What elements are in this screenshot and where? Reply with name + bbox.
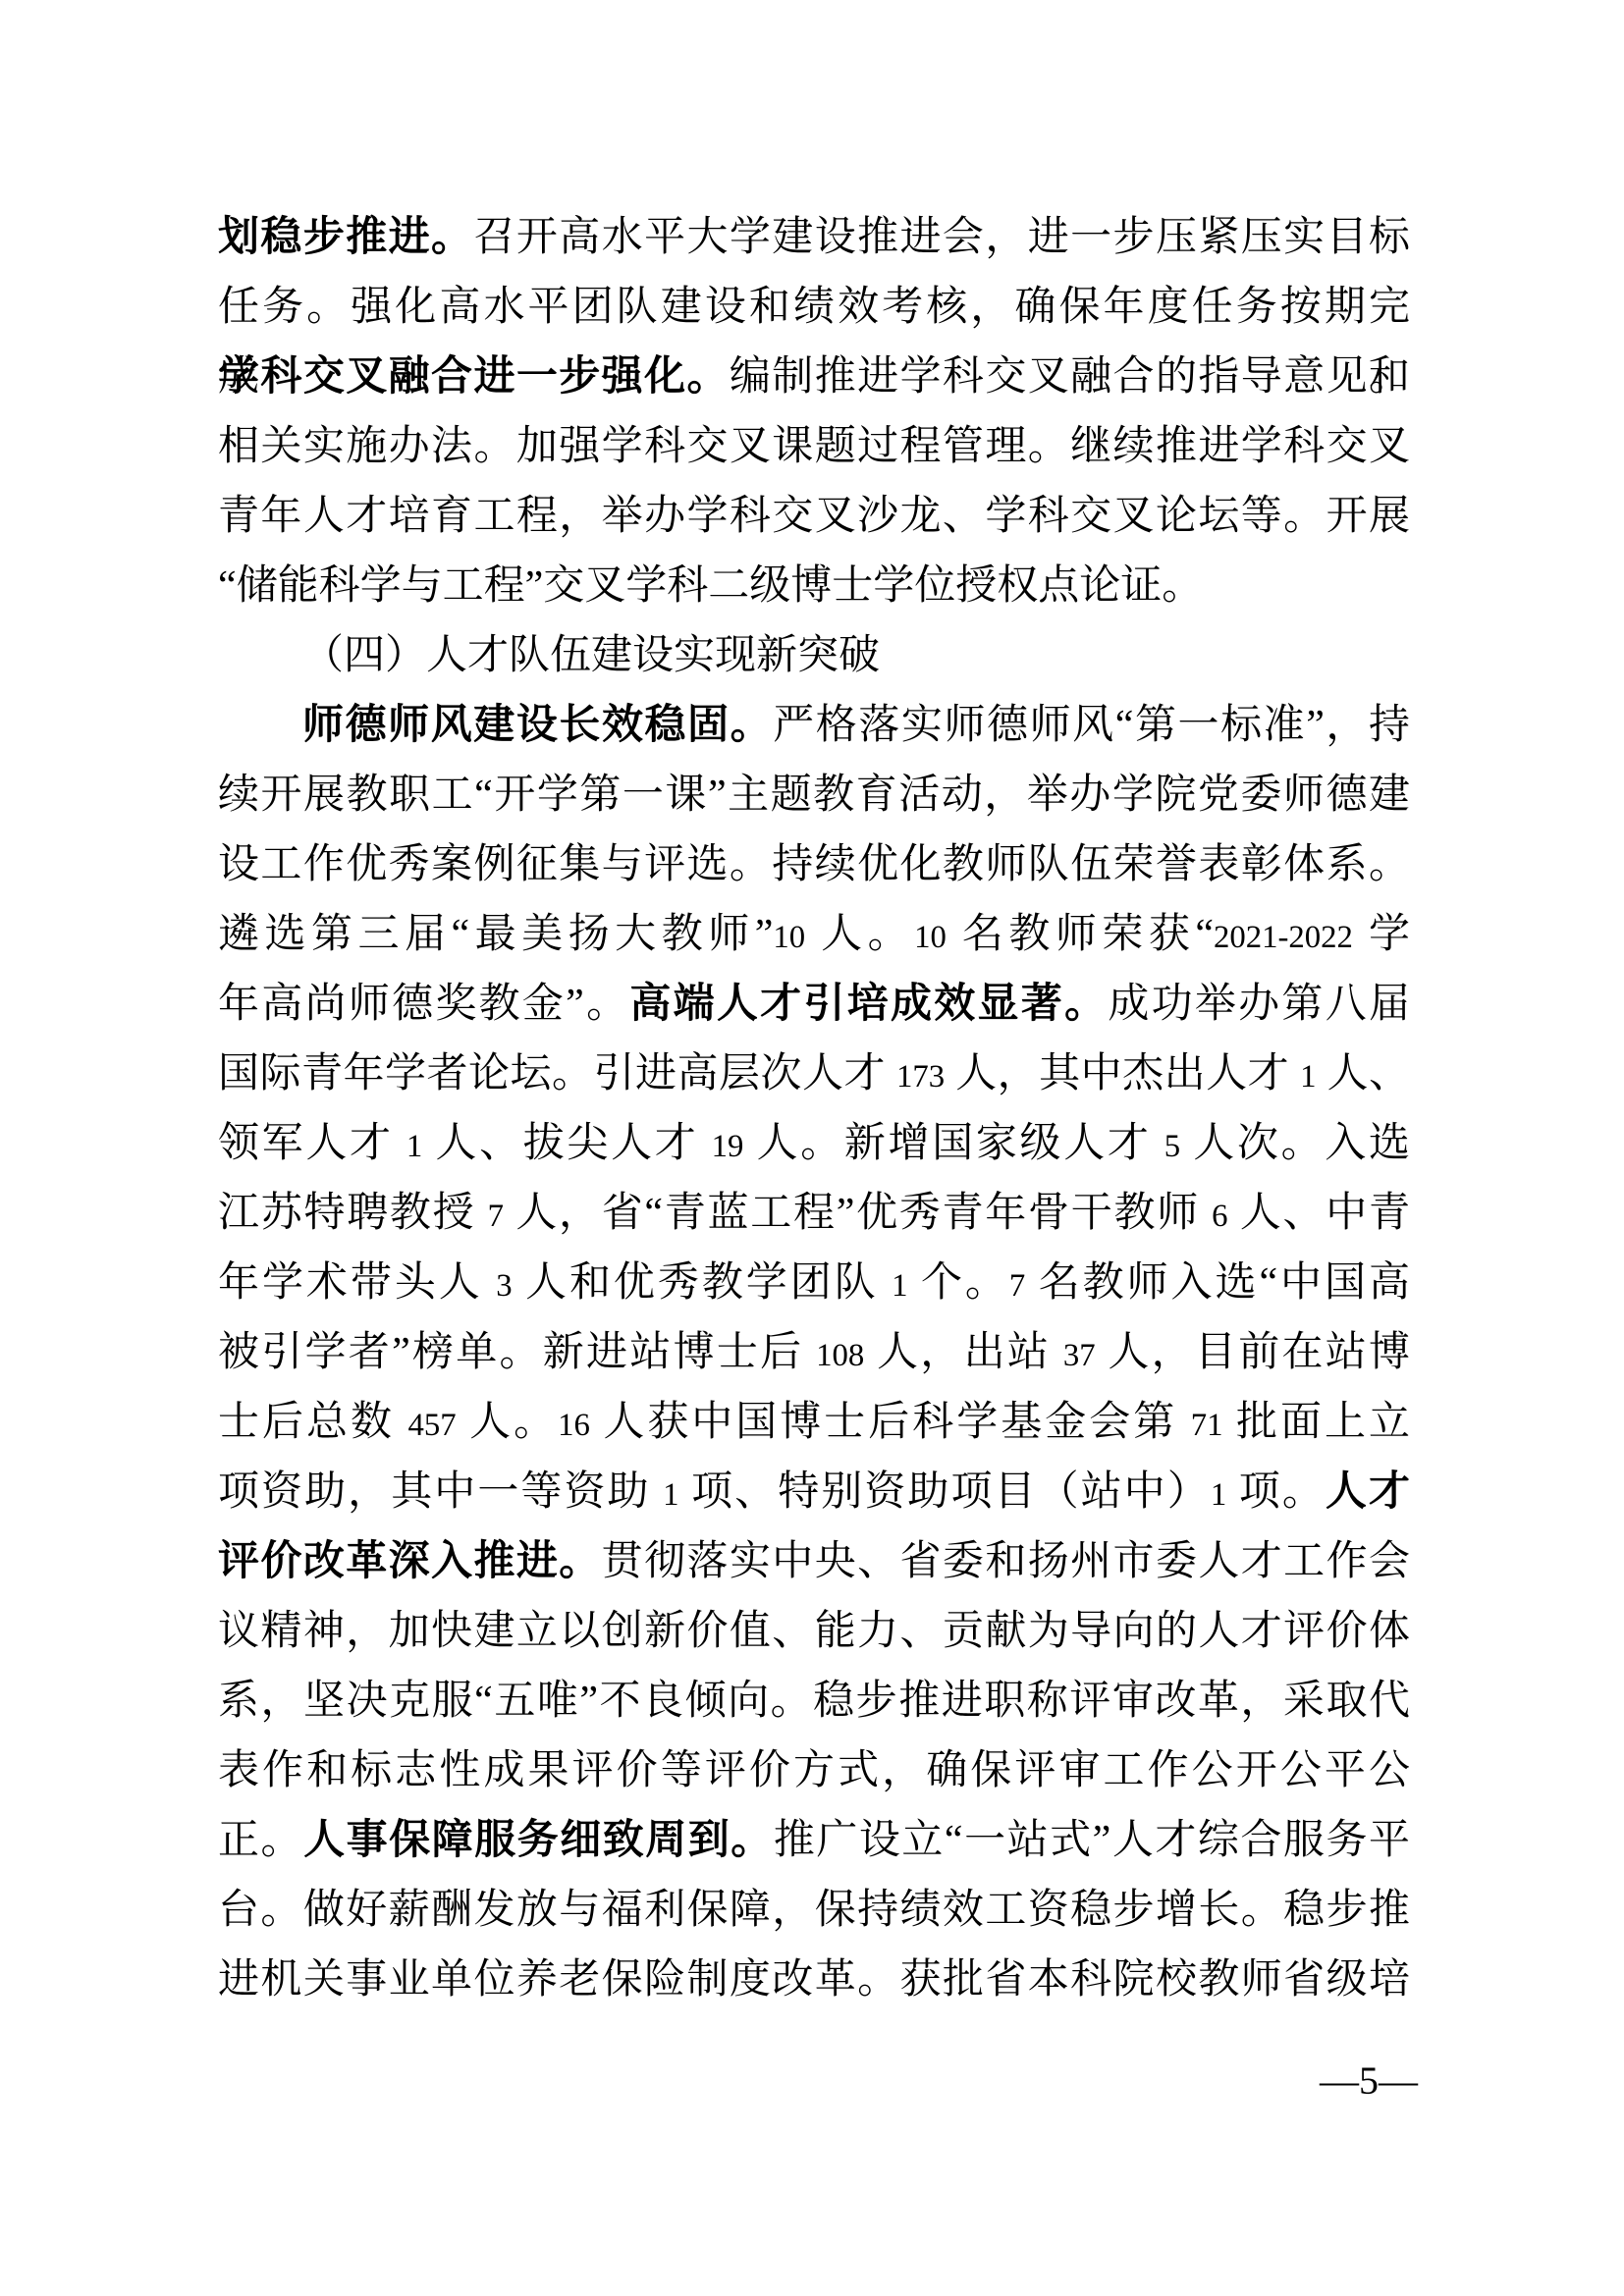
- numeral: 2021-2022: [1214, 920, 1353, 955]
- text-run: 年学术带头人 3 人和优秀教学团队 1 个。7 名教师入选“中国高: [218, 1260, 1410, 1306]
- numeral: 5: [1164, 1129, 1180, 1164]
- numeral: 7: [488, 1199, 504, 1234]
- text-run: 严格落实师德师风“第一标准”，持: [773, 703, 1410, 748]
- text-line-18: 士后总数 457 人。16 人获中国博士后科学基金会第 71 批面上立: [218, 1388, 1410, 1458]
- page-number: —5—: [1320, 2059, 1418, 2103]
- text-run: 编制推进学科交叉融合的指导意见和: [730, 354, 1410, 400]
- text-line-22: 系，坚决克服“五唯”不良倾向。稳步推进职称评审改革，采取代: [218, 1667, 1410, 1736]
- numeral: 7: [1009, 1268, 1025, 1304]
- text-line-23: 表作和标志性成果评价等评价方式，确保评审工作公开公平公: [218, 1736, 1410, 1806]
- text-run: 续开展教职工“开学第一课”主题教育活动，举办学院党委师德建: [218, 773, 1410, 818]
- text-run: “储能科学与工程”交叉学科二级博士学位授权点论证。: [218, 563, 1203, 609]
- text-run: 士后总数 457 人。16 人获中国博士后科学基金会第 71 批面上立: [218, 1400, 1410, 1445]
- numeral: 37: [1063, 1338, 1096, 1373]
- text-line-24: 正。人事保障服务细致周到。推广设立“一站式”人才综合服务平: [218, 1806, 1410, 1876]
- text-line-7: （四）人才队伍建设实现新突破: [218, 621, 1410, 691]
- text-run: 召开高水平大学建设推进会，进一步压紧压实目标: [473, 215, 1410, 260]
- text-run: 台。做好薪酬发放与福利保障，保持绩效工资稳步增长。稳步推: [218, 1888, 1410, 1933]
- numeral: 173: [896, 1059, 945, 1095]
- text-run: 表作和标志性成果评价等评价方式，确保评审工作公开公平公: [218, 1748, 1410, 1793]
- emphasis-run: 人才: [1326, 1469, 1410, 1515]
- text-line-17: 被引学者”榜单。新进站博士后 108 人，出站 37 人，目前在站博: [218, 1318, 1410, 1388]
- numeral: 10: [773, 920, 805, 955]
- numeral: 71: [1191, 1408, 1223, 1443]
- text-run: 议精神，加快建立以创新价值、能力、贡献为导向的人才评价体: [218, 1609, 1410, 1654]
- numeral: 6: [1212, 1199, 1227, 1234]
- numeral: 1: [406, 1129, 422, 1164]
- text-line-3: 学科交叉融合进一步强化。编制推进学科交叉融合的指导意见和: [218, 343, 1410, 412]
- numeral: 1: [1300, 1059, 1316, 1095]
- text-line-15: 江苏特聘教授 7 人，省“青蓝工程”优秀青年骨干教师 6 人、中青: [218, 1179, 1410, 1249]
- section-heading-run: （四）人才队伍建设实现新突破: [302, 633, 880, 678]
- text-line-4: 相关实施办法。加强学科交叉课题过程管理。继续推进学科交叉: [218, 412, 1410, 482]
- text-line-5: 青年人才培育工程，举办学科交叉沙龙、学科交叉论坛等。开展: [218, 482, 1410, 552]
- text-line-1: 划稳步推进。召开高水平大学建设推进会，进一步压紧压实目标: [218, 203, 1410, 273]
- text-line-25: 台。做好薪酬发放与福利保障，保持绩效工资稳步增长。稳步推: [218, 1876, 1410, 1946]
- text-run: 设工作优秀案例征集与评选。持续优化教师队伍荣誉表彰体系。: [218, 842, 1410, 887]
- emphasis-run: 人事保障服务细致周到。: [303, 1818, 774, 1863]
- text-line-26: 进机关事业单位养老保险制度改革。获批省本科院校教师省级培: [218, 1946, 1410, 2015]
- text-line-11: 遴选第三届“最美扬大教师”10 人。10 名教师荣获“2021-2022 学: [218, 900, 1410, 970]
- numeral: 3: [496, 1268, 512, 1304]
- numeral: 19: [712, 1129, 744, 1164]
- document-page: 划稳步推进。召开高水平大学建设推进会，进一步压紧压实目标任务。强化高水平团队建设…: [0, 0, 1624, 2296]
- text-line-14: 领军人才 1 人、拔尖人才 19 人。新增国家级人才 5 人次。入选: [218, 1109, 1410, 1179]
- text-run: 遴选第三届“最美扬大教师”10 人。10 名教师荣获“2021-2022 学: [218, 912, 1410, 957]
- text-run: 成功举办第八届: [1108, 982, 1410, 1027]
- text-line-10: 设工作优秀案例征集与评选。持续优化教师队伍荣誉表彰体系。: [218, 830, 1410, 900]
- numeral: 10: [914, 920, 947, 955]
- text-line-16: 年学术带头人 3 人和优秀教学团队 1 个。7 名教师入选“中国高: [218, 1249, 1410, 1318]
- emphasis-run: 高端人才引培成效显著。: [629, 982, 1108, 1027]
- text-run: 正。: [218, 1818, 303, 1863]
- text-line-12: 年高尚师德奖教金”。高端人才引培成效显著。成功举办第八届: [218, 970, 1410, 1040]
- text-line-13: 国际青年学者论坛。引进高层次人才 173 人，其中杰出人才 1 人、: [218, 1040, 1410, 1109]
- text-line-19: 项资助，其中一等资助 1 项、特别资助项目（站中）1 项。人才: [218, 1458, 1410, 1527]
- text-run: 国际青年学者论坛。引进高层次人才 173 人，其中杰出人才 1 人、: [218, 1051, 1410, 1096]
- emphasis-run: 评价改革深入推进。: [218, 1539, 602, 1584]
- numeral: 1: [1211, 1477, 1226, 1513]
- text-run: 相关实施办法。加强学科交叉课题过程管理。继续推进学科交叉: [218, 424, 1410, 469]
- text-run: 被引学者”榜单。新进站博士后 108 人，出站 37 人，目前在站博: [218, 1330, 1410, 1375]
- numeral: 16: [558, 1408, 590, 1443]
- text-run: 推广设立“一站式”人才综合服务平: [774, 1818, 1410, 1863]
- numeral: 457: [407, 1408, 456, 1443]
- document-body: 划稳步推进。召开高水平大学建设推进会，进一步压紧压实目标任务。强化高水平团队建设…: [218, 203, 1410, 2015]
- text-line-2: 任务。强化高水平团队建设和绩效考核，确保年度任务按期完成。: [218, 273, 1410, 343]
- text-run: 江苏特聘教授 7 人，省“青蓝工程”优秀青年骨干教师 6 人、中青: [218, 1191, 1410, 1236]
- text-run: 进机关事业单位养老保险制度改革。获批省本科院校教师省级培: [218, 1957, 1410, 2002]
- text-run: 贯彻落实中央、省委和扬州市委人才工作会: [602, 1539, 1410, 1584]
- emphasis-run: 师德师风建设长效稳固。: [302, 703, 773, 748]
- text-run: 年高尚师德奖教金”。: [218, 982, 629, 1027]
- numeral: 1: [892, 1268, 907, 1304]
- text-run: 项资助，其中一等资助 1 项、特别资助项目（站中）1 项。: [218, 1469, 1326, 1515]
- text-line-20: 评价改革深入推进。贯彻落实中央、省委和扬州市委人才工作会: [218, 1527, 1410, 1597]
- text-run: 系，坚决克服“五唯”不良倾向。稳步推进职称评审改革，采取代: [218, 1679, 1410, 1724]
- text-line-21: 议精神，加快建立以创新价值、能力、贡献为导向的人才评价体: [218, 1597, 1410, 1667]
- text-line-6: “储能科学与工程”交叉学科二级博士学位授权点论证。: [218, 552, 1410, 621]
- emphasis-run: 划稳步推进。: [218, 215, 473, 260]
- text-line-9: 续开展教职工“开学第一课”主题教育活动，举办学院党委师德建: [218, 761, 1410, 830]
- text-line-8: 师德师风建设长效稳固。严格落实师德师风“第一标准”，持: [218, 691, 1410, 761]
- text-run: 青年人才培育工程，举办学科交叉沙龙、学科交叉论坛等。开展: [218, 494, 1410, 539]
- text-run: 领军人才 1 人、拔尖人才 19 人。新增国家级人才 5 人次。入选: [218, 1121, 1410, 1166]
- numeral: 1: [663, 1477, 678, 1513]
- numeral: 108: [816, 1338, 864, 1373]
- emphasis-run: 学科交叉融合进一步强化。: [218, 354, 730, 400]
